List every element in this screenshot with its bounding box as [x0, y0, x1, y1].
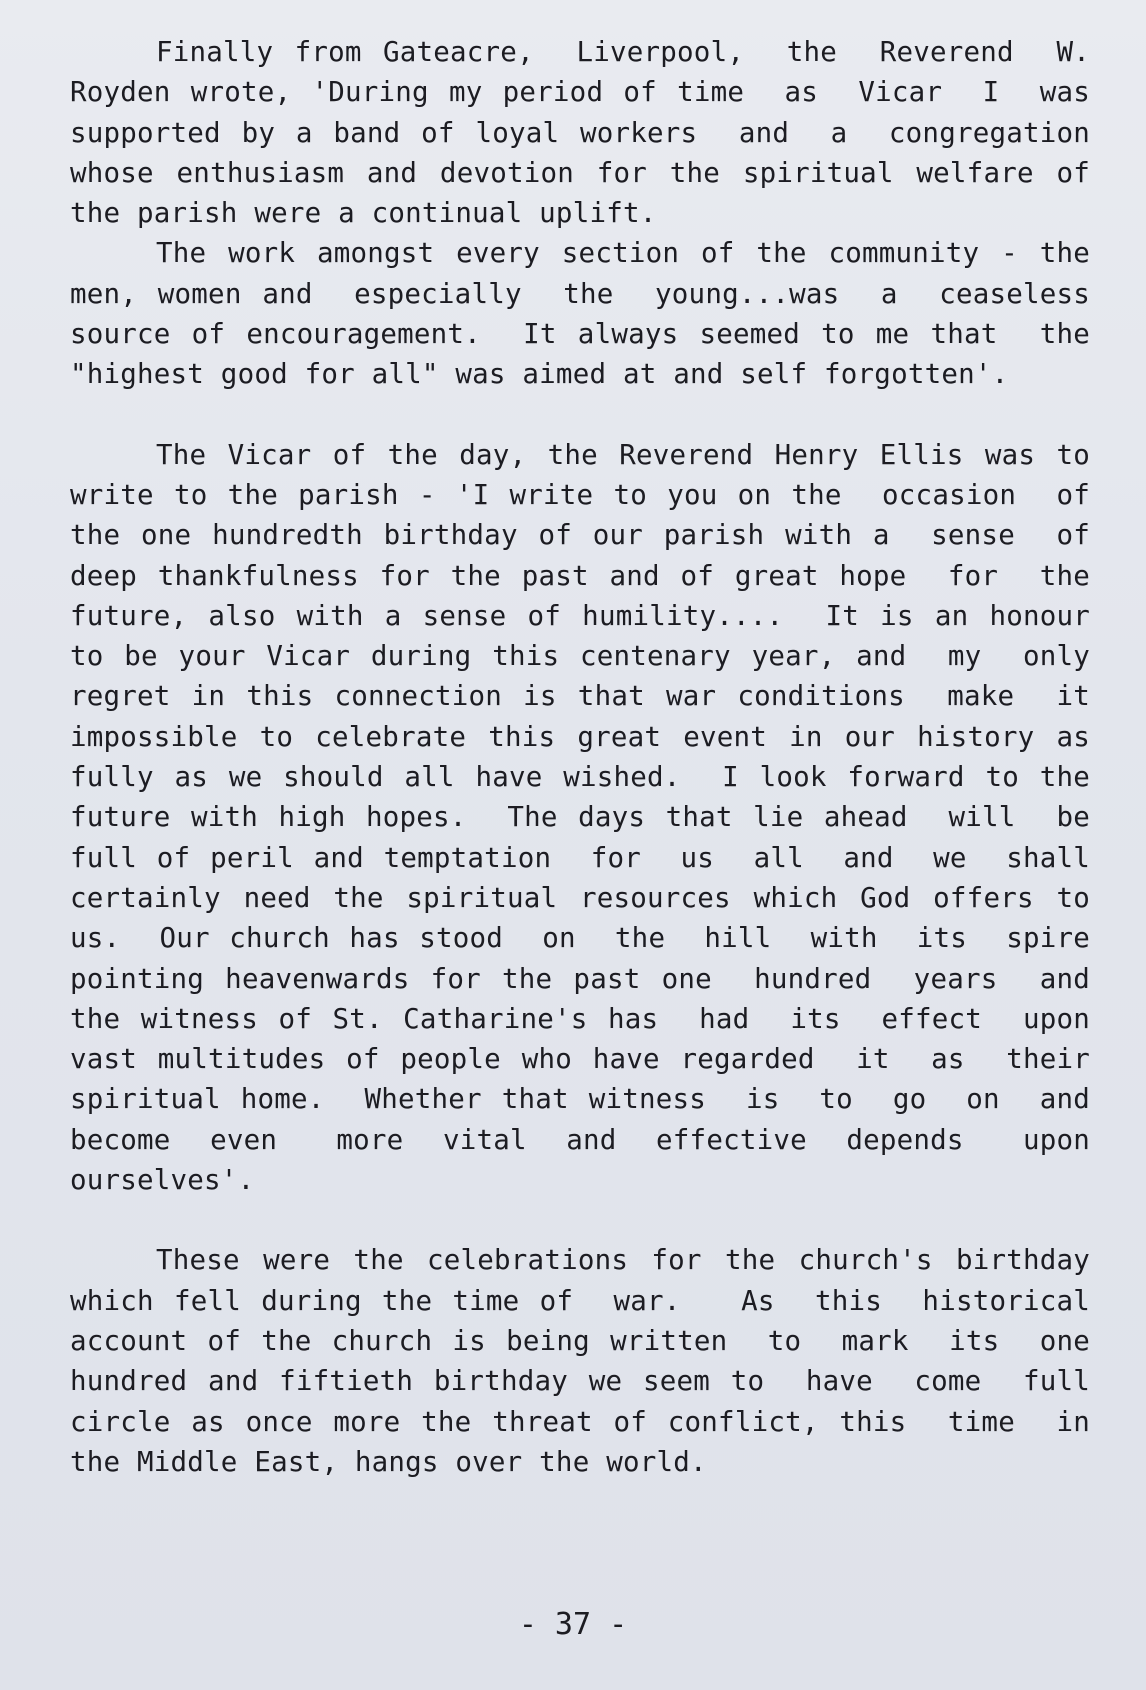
text-line: impossible to celebrate this great event… [70, 717, 1090, 757]
text-line: vast multitudes of people who have regar… [70, 1039, 1090, 1079]
text-line: account of the church is being written t… [70, 1321, 1090, 1361]
text-line: certainly need the spiritual resources w… [70, 878, 1090, 918]
text-line: us. Our church has stood on the hill wit… [70, 918, 1090, 958]
text-line: Royden wrote, 'During my period of time … [70, 72, 1090, 112]
text-line: future, also with a sense of humility...… [70, 596, 1090, 636]
text-line: the parish were a continual uplift. [70, 193, 1090, 233]
text-line: the Middle East, hangs over the world. [70, 1442, 1090, 1482]
text-line: source of encouragement. It always seeme… [70, 314, 1090, 354]
text-line: regret in this connection is that war co… [70, 676, 1090, 716]
paragraph-closing: These were the celebrations for the chur… [70, 1240, 1090, 1482]
paragraph-royden-part1: Finally from Gateacre, Liverpool, the Re… [70, 32, 1090, 233]
text-line: become even more vital and effective dep… [70, 1120, 1090, 1160]
document-page: Finally from Gateacre, Liverpool, the Re… [70, 32, 1090, 1482]
text-line: future with high hopes. The days that li… [70, 797, 1090, 837]
text-line: ourselves'. [70, 1160, 1090, 1200]
text-line: supported by a band of loyal workers and… [70, 113, 1090, 153]
text-line: hundred and fiftieth birthday we seem to… [70, 1361, 1090, 1401]
text-line: spiritual home. Whether that witness is … [70, 1079, 1090, 1119]
text-line: Finally from Gateacre, Liverpool, the Re… [70, 32, 1090, 72]
text-line: The work amongst every section of the co… [70, 233, 1090, 273]
text-line: pointing heavenwards for the past one hu… [70, 959, 1090, 999]
text-line: the one hundredth birthday of our parish… [70, 515, 1090, 555]
paragraph-spacer [70, 1200, 1090, 1240]
page-number: - 37 - [0, 1607, 1146, 1642]
paragraph-ellis-letter: The Vicar of the day, the Reverend Henry… [70, 435, 1090, 1201]
text-line: fully as we should all have wished. I lo… [70, 757, 1090, 797]
text-line: These were the celebrations for the chur… [70, 1240, 1090, 1280]
text-line: full of peril and temptation for us all … [70, 838, 1090, 878]
text-line: whose enthusiasm and devotion for the sp… [70, 153, 1090, 193]
text-line: which fell during the time of war. As th… [70, 1281, 1090, 1321]
text-line: write to the parish - 'I write to you on… [70, 475, 1090, 515]
text-line: circle as once more the threat of confli… [70, 1402, 1090, 1442]
paragraph-spacer [70, 395, 1090, 435]
paragraph-royden-part2: The work amongst every section of the co… [70, 233, 1090, 394]
text-line: deep thankfulness for the past and of gr… [70, 556, 1090, 596]
text-line: men, women and especially the young...wa… [70, 274, 1090, 314]
text-line: The Vicar of the day, the Reverend Henry… [70, 435, 1090, 475]
text-line: "highest good for all" was aimed at and … [70, 354, 1090, 394]
text-line: the witness of St. Catharine's has had i… [70, 999, 1090, 1039]
text-line: to be your Vicar during this centenary y… [70, 636, 1090, 676]
